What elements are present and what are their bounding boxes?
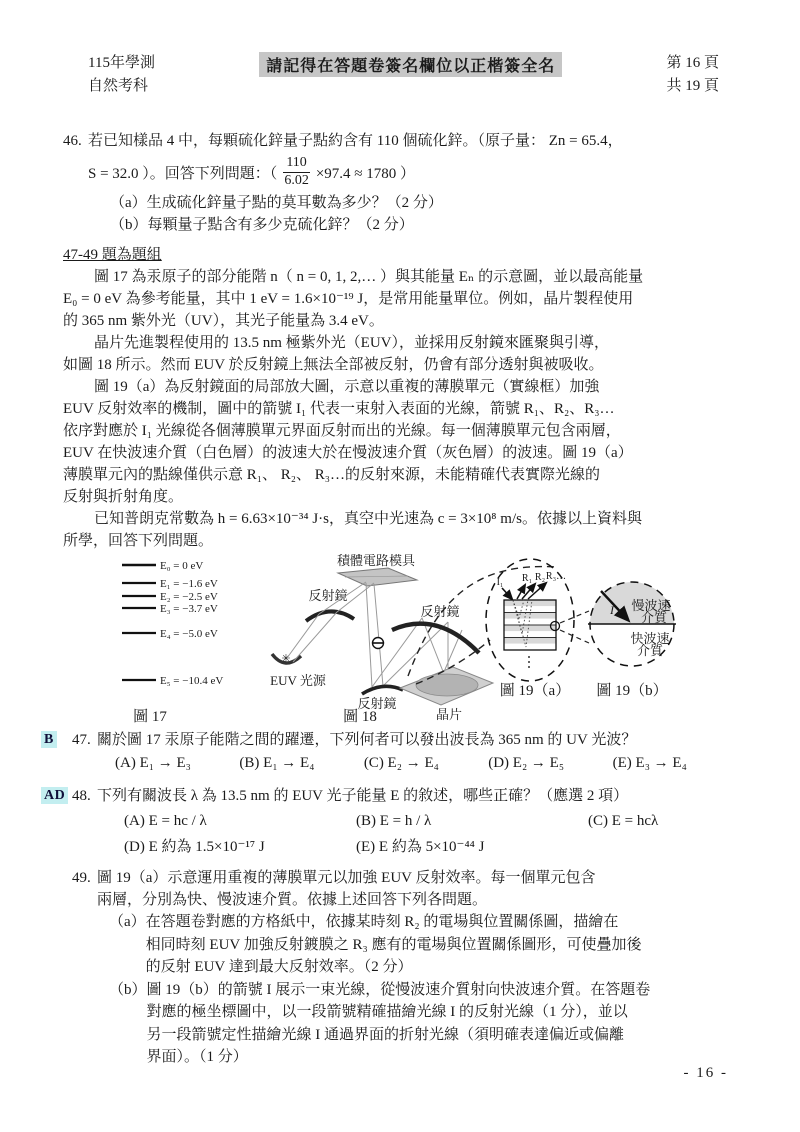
group-paragraph-1: 圖 17 為汞原子的部分能階 n（ n = 0, 1, 2,… ）與其能量 Eₙ… xyxy=(63,266,737,332)
answer-badge-q48: AD xyxy=(41,787,68,804)
energy-level-label-4: E₄ = −5.0 eV xyxy=(160,628,218,640)
q47-option-a: (A) E₁ → E₃ xyxy=(115,752,239,775)
para2-line1: 晶片先進製程使用的 13.5 nm 極紫外光（EUV），並採用反射鏡來匯聚與引導… xyxy=(63,332,737,354)
q49-b-line4: 界面）。（1 分） xyxy=(147,1046,651,1069)
para3-line1: 圖 19（a）為反射鏡面的局部放大圖，示意以重複的薄膜單元（實線框）加強 xyxy=(63,376,737,398)
q46-item-b: （b）每顆量子點含有多少克硫化鋅？（2 分） xyxy=(88,214,737,236)
group-heading: 47-49 題為題組 xyxy=(63,244,737,266)
zoom-connector-bottom xyxy=(560,630,589,643)
fig19b-interface-detail: I 慢波速 介質 快波速 介質 圖 19（b） xyxy=(588,582,676,699)
fig17-caption: 圖 17 xyxy=(133,708,167,725)
question-46: 46. 若已知樣品 4 中，每顆硫化鋅量子點約含有 110 個硫化鋅。（原子量：… xyxy=(63,130,737,236)
q48-option-c: (C) E = hcλ xyxy=(588,808,737,834)
reflected-ray-arrow-3 xyxy=(528,583,546,599)
para4-line1: 已知普朗克常數為 h = 6.63×10⁻³⁴ J·s，真空中光速為 c = 3… xyxy=(63,508,737,530)
mirror-right-label: 反射鏡 xyxy=(420,604,459,619)
question-48-number: 48. xyxy=(72,785,97,807)
reflected-ray-label-1: R₁ xyxy=(522,573,532,584)
q47-option-b: (B) E₁ → E₄ xyxy=(239,752,363,775)
para3-line6: 反射與折射角度。 xyxy=(63,486,737,508)
q49-b-line1: 圖 19（b）的箭號 I 展示一束光線，從慢波速介質射向快波速介質。在答題卷 xyxy=(147,979,651,1002)
q49-a-line3: 的反射 EUV 達到最大反射效率。（2 分） xyxy=(146,956,642,979)
signature-notice: 請記得在答題卷簽名欄位以正楷簽全名 xyxy=(259,52,562,77)
q46-line1: 若已知樣品 4 中，每顆硫化鋅量子點約含有 110 個硫化鋅。（原子量： Zn … xyxy=(88,130,737,152)
fig18-caption: 圖 18 xyxy=(343,708,377,725)
fig17-energy-level-diagram: E₀ = 0 eV E₁ = −1.6 eV E₂ = −2.5 eV E₃ =… xyxy=(122,560,223,725)
header-left: 115年學測 自然考科 xyxy=(88,52,155,98)
question-46-number: 46. xyxy=(63,130,88,152)
q46-line2-prefix: S = 32.0 ）。回答下列問題：（ xyxy=(88,162,277,183)
para1-line3: 的 365 nm 紫外光（UV），其光子能量為 3.4 eV。 xyxy=(63,310,737,332)
subject-title: 自然考科 xyxy=(88,75,155,98)
group-paragraph-3: 圖 19（a）為反射鏡面的局部放大圖，示意以重複的薄膜單元（實線框）加強 EUV… xyxy=(63,376,737,508)
para3-line5: 薄膜單元內的點線僅供示意 R₁、 R₂、 R₃…的反射來源，未能精確代表實際光線… xyxy=(63,464,737,486)
energy-level-label-2: E₂ = −2.5 eV xyxy=(160,591,218,603)
fast-medium-label-2: 介質 xyxy=(637,643,664,658)
energy-level-label-0: E₀ = 0 eV xyxy=(160,560,203,572)
q49-a-line1: 在答題卷對應的方格紙中，依據某時刻 R₂ 的電場與位置關係圖，描繪在 xyxy=(146,911,642,934)
wafer-die-area xyxy=(416,674,478,696)
incident-ray-label: I₁ xyxy=(497,577,504,588)
mirror-bottom-arc xyxy=(362,686,403,694)
exam-title: 115年學測 xyxy=(88,52,155,75)
para3-line4: EUV 在快波速介質（白色層）的波速大於在慢波速介質（灰色層）的波速。圖 19（… xyxy=(63,442,737,464)
q48-option-a: (A) E = hc / λ xyxy=(124,808,356,834)
slow-medium-label-2: 介質 xyxy=(641,610,668,625)
q48-stem: 下列有關波長 λ 為 13.5 nm 的 EUV 光子能量 E 的敘述，哪些正確… xyxy=(97,785,737,808)
energy-level-label-1: E₁ = −1.6 eV xyxy=(160,578,218,590)
fig19b-caption: 圖 19（b） xyxy=(596,682,667,699)
q49-item-b-label: （b） xyxy=(109,979,147,1069)
q48-options-row2: (D) E 約為 1.5×10⁻¹⁷ J (E) E 約為 5×10⁻⁴⁴ J xyxy=(97,834,737,860)
continuation-dots xyxy=(528,656,530,668)
energy-level-label-5: E₅ = −10.4 eV xyxy=(160,675,223,687)
para3-line3: 依序對應於 I₁ 光線從各個薄膜單元界面反射而出的光線。每一個薄膜單元包含兩層， xyxy=(63,420,737,442)
q46-formula-line: S = 32.0 ）。回答下列問題：（ 110 6.02 ×97.4 ≈ 178… xyxy=(88,152,737,192)
q48-option-d: (D) E 約為 1.5×10⁻¹⁷ J xyxy=(124,834,356,860)
incident-ray-arrow xyxy=(502,588,512,599)
mirror-right-arc xyxy=(392,624,479,653)
q49-b-line2: 對應的極坐標圖中，以一段箭號精確描繪光線 I 的反射光線（1 分），並以 xyxy=(147,1001,651,1024)
question-49: 49. 圖 19（a）示意運用重複的薄膜單元以加強 EUV 反射效率。每一個單元… xyxy=(72,867,737,1069)
page-footer-number: - 16 - xyxy=(684,1065,729,1082)
fraction-denominator: 6.02 xyxy=(281,173,312,189)
reflected-ray-label-3: R₃… xyxy=(546,571,566,582)
q47-option-c: (C) E₂ → E₄ xyxy=(364,752,488,775)
group-paragraph-2: 晶片先進製程使用的 13.5 nm 極紫外光（EUV），並採用反射鏡來匯聚與引導… xyxy=(63,332,737,376)
q49-item-a-label: （a） xyxy=(109,911,146,979)
exam-page: 115年學測 自然考科 請記得在答題卷簽名欄位以正楷簽全名 第 16 頁 共 1… xyxy=(0,0,800,1132)
q48-option-b: (B) E = h / λ xyxy=(356,808,588,834)
page-total-label: 共 19 頁 xyxy=(666,75,719,98)
euv-source-label: EUV 光源 xyxy=(270,673,327,688)
group-paragraph-4: 已知普朗克常數為 h = 6.63×10⁻³⁴ J·s，真空中光速為 c = 3… xyxy=(63,508,737,552)
para1-line1: 圖 17 為汞原子的部分能階 n（ n = 0, 1, 2,… ）與其能量 Eₙ… xyxy=(63,266,737,288)
fraction: 110 6.02 xyxy=(281,155,312,189)
wafer-label: 晶片 xyxy=(436,707,462,722)
ic-mask-label: 積體電路模具 xyxy=(337,554,416,568)
para2-line2: 如圖 18 所示。然而 EUV 於反射鏡上無法全部被反射，仍會有部分透射與被吸收… xyxy=(63,354,737,376)
q47-option-e: (E) E₃ → E₄ xyxy=(613,752,737,775)
q47-stem: 關於圖 17 汞原子能階之間的躍遷，下列何者可以發出波長為 365 nm 的 U… xyxy=(97,729,737,752)
fig19a-caption: 圖 19（a） xyxy=(500,682,570,699)
q49-stem-line1: 圖 19（a）示意運用重複的薄膜單元以加強 EUV 反射效率。每一個單元包含 xyxy=(97,867,737,889)
page-number-label: 第 16 頁 xyxy=(666,52,719,75)
energy-level-label-3: E₃ = −3.7 eV xyxy=(160,603,218,615)
q47-options: (A) E₁ → E₃ (B) E₁ → E₄ (C) E₂ → E₄ (D) … xyxy=(97,752,737,775)
question-47: B 47. 關於圖 17 汞原子能階之間的躍遷，下列何者可以發出波長為 365 … xyxy=(72,729,737,775)
q49-stem-line2: 兩層，分別為快、慢波速介質。依據上述回答下列各問題。 xyxy=(97,889,737,911)
page-header: 115年學測 自然考科 請記得在答題卷簽名欄位以正楷簽全名 第 16 頁 共 1… xyxy=(88,52,719,104)
q49-item-a: （a） 在答題卷對應的方格紙中，依據某時刻 R₂ 的電場與位置關係圖，描繪在 相… xyxy=(97,911,737,979)
para1-line2: E₀ = 0 eV 為參考能量，其中 1 eV = 1.6×10⁻¹⁹ J，是常… xyxy=(63,288,737,310)
answer-badge-q47: B xyxy=(41,731,57,748)
q49-a-line2: 相同時刻 EUV 加強反射鍍膜之 R₃ 應有的電場與位置關係圖形，可使疊加後 xyxy=(146,934,642,957)
para3-line2: EUV 反射效率的機制，圖中的箭號 I₁ 代表一束射入表面的光線，箭號 R₁、R… xyxy=(63,398,737,420)
fraction-numerator: 110 xyxy=(283,155,309,173)
q49-item-b: （b） 圖 19（b）的箭號 I 展示一束光線，從慢波速介質射向快波速介質。在答… xyxy=(97,979,737,1069)
para4-line2: 所學，回答下列問題。 xyxy=(63,530,737,552)
thin-film-layers xyxy=(504,600,556,650)
mirror-left-label: 反射鏡 xyxy=(308,588,347,603)
reflected-ray-label-2: R₂ xyxy=(535,572,545,583)
q46-line2-suffix: ×97.4 ≈ 1780 ） xyxy=(316,162,415,183)
figures-strip: E₀ = 0 eV E₁ = −1.6 eV E₂ = −2.5 eV E₃ =… xyxy=(0,554,800,729)
q47-option-d: (D) E₂ → E₅ xyxy=(488,752,612,775)
q48-option-e: (E) E 約為 5×10⁻⁴⁴ J xyxy=(356,834,737,860)
q48-options-row1: (A) E = hc / λ (B) E = h / λ (C) E = hcλ xyxy=(97,808,737,834)
fig19a-multilayer-stack: I₁ R₁ R₂ R₃… 圖 19（a） xyxy=(486,559,589,699)
header-right: 第 16 頁 共 19 頁 xyxy=(666,52,719,98)
question-47-number: 47. xyxy=(72,729,97,751)
q46-item-a: （a）生成硫化鋅量子點的莫耳數為多少？（2 分） xyxy=(88,192,737,214)
question-48: AD 48. 下列有關波長 λ 為 13.5 nm 的 EUV 光子能量 E 的… xyxy=(72,785,737,860)
question-49-number: 49. xyxy=(72,867,97,889)
q49-b-line3: 另一段箭號定性描繪光線 I 通過界面的折射光線（須明確表達偏近或偏離 xyxy=(147,1024,651,1047)
